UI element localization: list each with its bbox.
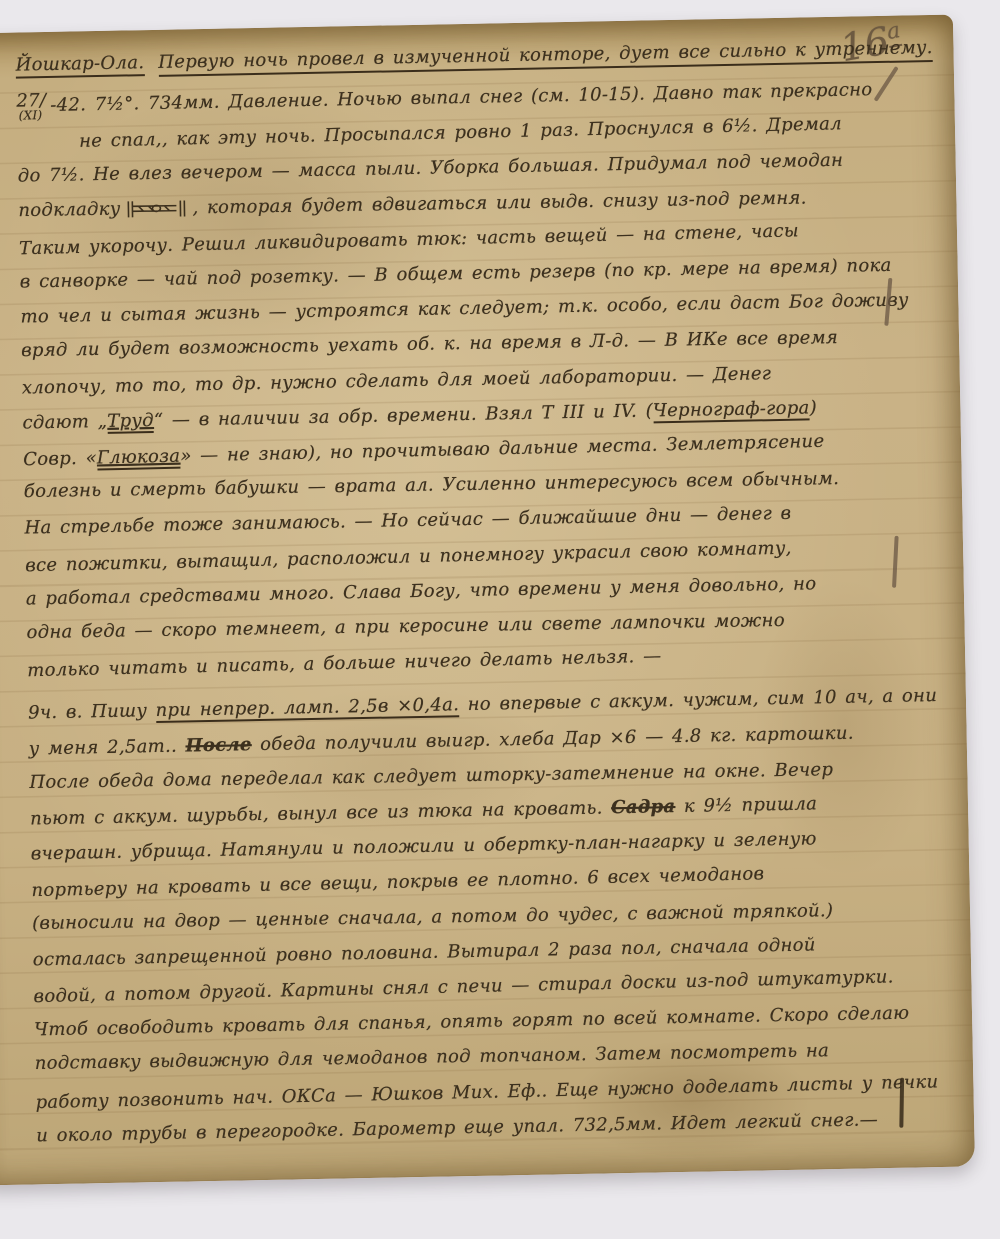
underlined-text: Глюкоза <box>97 446 181 471</box>
line-text: Совр. « <box>23 448 97 471</box>
line-text: к 9½ пришла <box>675 793 817 817</box>
line-text: болезнь и смерть бабушки — врата ал. Уси… <box>24 468 840 502</box>
header-place: Йошкар-Ола. <box>15 52 144 78</box>
header-title: Первую ночь провел в измученной конторе,… <box>158 37 933 77</box>
diary-page: 16а Йошкар-Ола.Первую ночь провел в изму… <box>0 15 975 1186</box>
date-fraction: 27/(XI) <box>16 92 46 122</box>
line-text: подкладку <box>18 198 120 221</box>
line-text: , которая будет вдвигаться или выдв. сни… <box>192 187 807 218</box>
underlined-text: при непрер. ламп. 2,5в ×0,4а. <box>155 695 459 724</box>
line-text: но впервые с аккум. чужим, сим 10 ач, а … <box>459 685 937 715</box>
line-text: » — не знаю), но прочитываю дальние мест… <box>180 431 825 467</box>
line-text: у меня 2,5ат.. <box>29 735 186 759</box>
line-text: только читать и писать, а больше ничего … <box>27 646 662 682</box>
date-month: (XI) <box>19 109 43 121</box>
line-text: После обеда дома переделал как следует ш… <box>29 759 833 793</box>
line-text: обеда получили выигр. хлеба Дар ×6 — 4.8… <box>251 722 853 755</box>
line-text: пьют с аккум. шурьбы, вынул все из тюка … <box>30 797 611 829</box>
line-text: (выносили на двор — ценные сначала, а по… <box>32 900 833 934</box>
underlined-text: Труд <box>107 410 154 434</box>
suitcase-pad-sketch <box>124 198 188 219</box>
line-text: “ — в наличии за обр. времени. Взял Т II… <box>154 400 653 431</box>
line-text: 9ч. в. Пишу <box>28 700 156 723</box>
crossed-out-text: Садра <box>611 796 676 818</box>
handwritten-text: Йошкар-Ола.Первую ночь провел в измученн… <box>0 15 974 1155</box>
crossed-out-text: После <box>185 734 252 756</box>
line-text: вряд ли будет возможность уехать об. к. … <box>21 327 838 361</box>
line-text: ) <box>809 397 817 418</box>
underlined-text: Чернограф-гора <box>653 397 810 423</box>
line-text: сдают „ <box>22 411 107 434</box>
scan-background: { "page": { "number": "16", "number_sup"… <box>0 0 1000 1239</box>
